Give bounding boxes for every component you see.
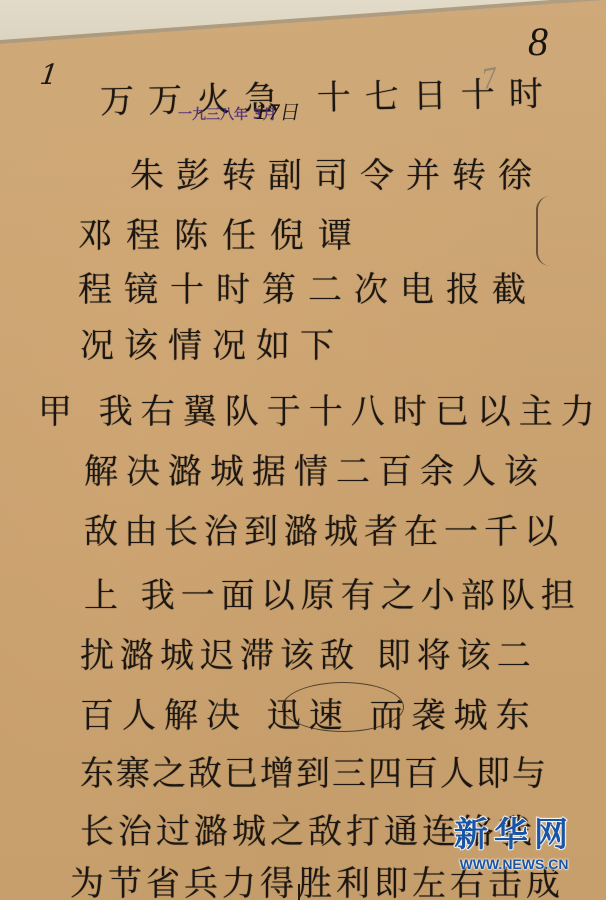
doc-line: 邓程陈任倪谭 — [78, 208, 366, 257]
archive-number: 8 — [528, 18, 548, 65]
margin-bracket-mark — [536, 196, 558, 266]
doc-line: 况该情况如下 — [80, 318, 344, 367]
document-scan: 1 8 7 万万火急 十七日十时 一九三八年 3月 17日 朱彭转副司令并转徐 … — [0, 0, 606, 900]
doc-line-addressee: 朱彭转副司令并转徐 — [130, 148, 544, 197]
doc-line: 上 我一面以原有之小部队担 — [84, 568, 581, 617]
doc-line-urgency: 万万火急 十七日十时 — [100, 66, 558, 123]
doc-line: 敌由长治到潞城者在一千以 — [84, 504, 564, 553]
stamp-year: 一九三八年 — [178, 107, 248, 123]
ink-stroke — [298, 884, 300, 900]
doc-line: 甲 我右翼队于十八时已以主力 — [38, 384, 603, 433]
watermark-title: 新华网 — [446, 815, 582, 855]
doc-line: 解决潞城据情二百余人该 — [84, 444, 546, 493]
doc-line: 程镜十时第二次电报截 — [78, 262, 538, 311]
doc-line: 扰潞城迟滞该敌 即将该二 — [80, 628, 537, 677]
circled-correction — [282, 682, 404, 732]
doc-line: 东寨之敌已增到三四百人即与 — [80, 746, 548, 795]
xinhua-watermark: 新华网 WWW.NEWS.CN — [446, 815, 582, 873]
stamp-day: 17日 — [252, 96, 303, 125]
watermark-url: WWW.NEWS.CN — [446, 855, 582, 873]
